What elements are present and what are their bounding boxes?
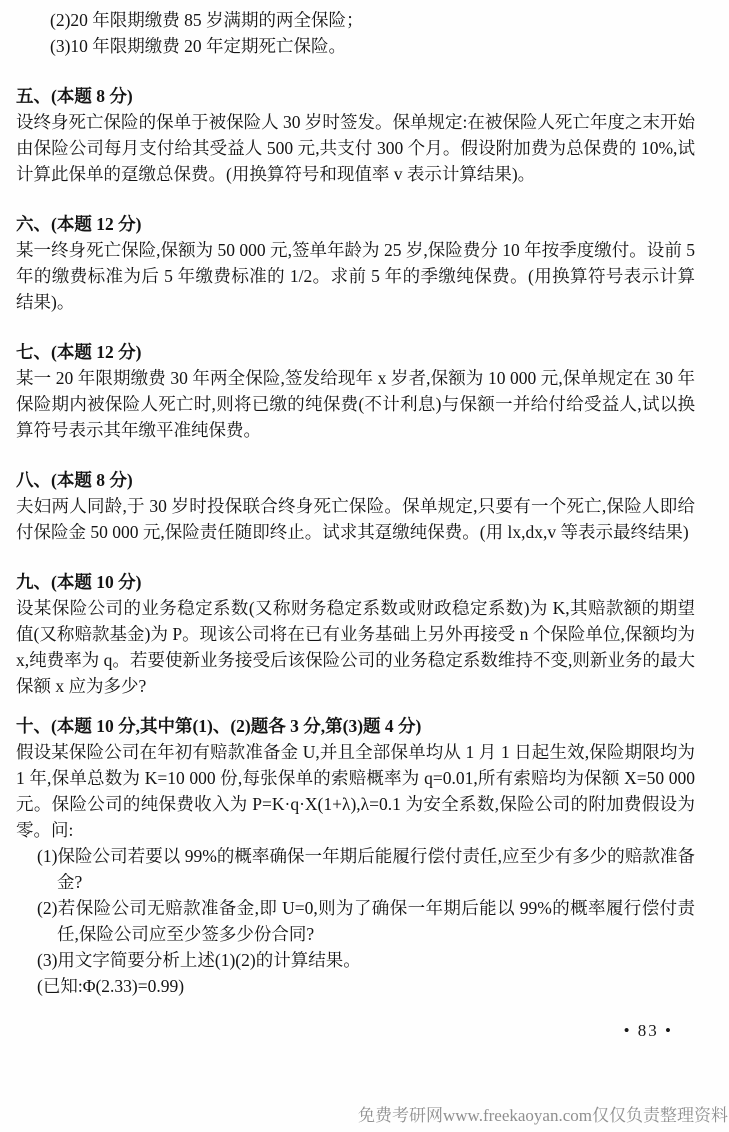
continuation-list: (2)20 年限期缴费 85 岁满期的两全保险； (3)10 年限期缴费 20 … [16,7,695,59]
question-heading: 八、(本题 8 分) [16,467,695,493]
question-body: 某一终身死亡保险,保额为 50 000 元,签单年龄为 25 岁,保险费分 10… [16,237,695,315]
question-heading: 五、(本题 8 分) [16,83,695,109]
question-body: 某一 20 年限期缴费 30 年两全保险,签发给现年 x 岁者,保额为 10 0… [16,365,695,443]
question-known-note: (已知:Φ(2.33)=0.99) [16,973,695,999]
question-5: 五、(本题 8 分) 设终身死亡保险的保单于被保险人 30 岁时签发。保单规定:… [16,83,695,187]
question-heading: 十、(本题 10 分,其中第(1)、(2)题各 3 分,第(3)题 4 分) [16,713,695,739]
question-heading: 九、(本题 10 分) [16,569,695,595]
question-subitem-2: (2)若保险公司无赔款准备金,即 U=0,则为了确保一年期后能以 99%的概率履… [16,895,695,947]
exam-page: (2)20 年限期缴费 85 岁满期的两全保险； (3)10 年限期缴费 20 … [0,0,729,1132]
continuation-item: (3)10 年限期缴费 20 年定期死亡保险。 [16,33,695,59]
question-subitem-3: (3)用文字简要分析上述(1)(2)的计算结果。 [16,947,695,973]
continuation-item: (2)20 年限期缴费 85 岁满期的两全保险； [16,7,695,33]
question-6: 六、(本题 12 分) 某一终身死亡保险,保额为 50 000 元,签单年龄为 … [16,211,695,315]
question-10: 十、(本题 10 分,其中第(1)、(2)题各 3 分,第(3)题 4 分) 假… [16,713,695,999]
question-heading: 七、(本题 12 分) [16,339,695,365]
question-9: 九、(本题 10 分) 设某保险公司的业务稳定系数(又称财务稳定系数或财政稳定系… [16,569,695,699]
question-body: 假设某保险公司在年初有赔款准备金 U,并且全部保单均从 1 月 1 日起生效,保… [16,739,695,843]
page-number: • 83 • [624,1018,673,1044]
question-subitem-1: (1)保险公司若要以 99%的概率确保一年期后能履行偿付责任,应至少有多少的赔款… [16,843,695,895]
question-body: 设某保险公司的业务稳定系数(又称财务稳定系数或财政稳定系数)为 K,其赔款额的期… [16,595,695,699]
watermark: 免费考研网www.freekaoyan.com仅仅负责整理资料 [358,1103,728,1129]
question-8: 八、(本题 8 分) 夫妇两人同龄,于 30 岁时投保联合终身死亡保险。保单规定… [16,467,695,545]
question-7: 七、(本题 12 分) 某一 20 年限期缴费 30 年两全保险,签发给现年 x… [16,339,695,443]
question-body: 夫妇两人同龄,于 30 岁时投保联合终身死亡保险。保单规定,只要有一个死亡,保险… [16,493,695,545]
question-body: 设终身死亡保险的保单于被保险人 30 岁时签发。保单规定:在被保险人死亡年度之末… [16,109,695,187]
question-heading: 六、(本题 12 分) [16,211,695,237]
